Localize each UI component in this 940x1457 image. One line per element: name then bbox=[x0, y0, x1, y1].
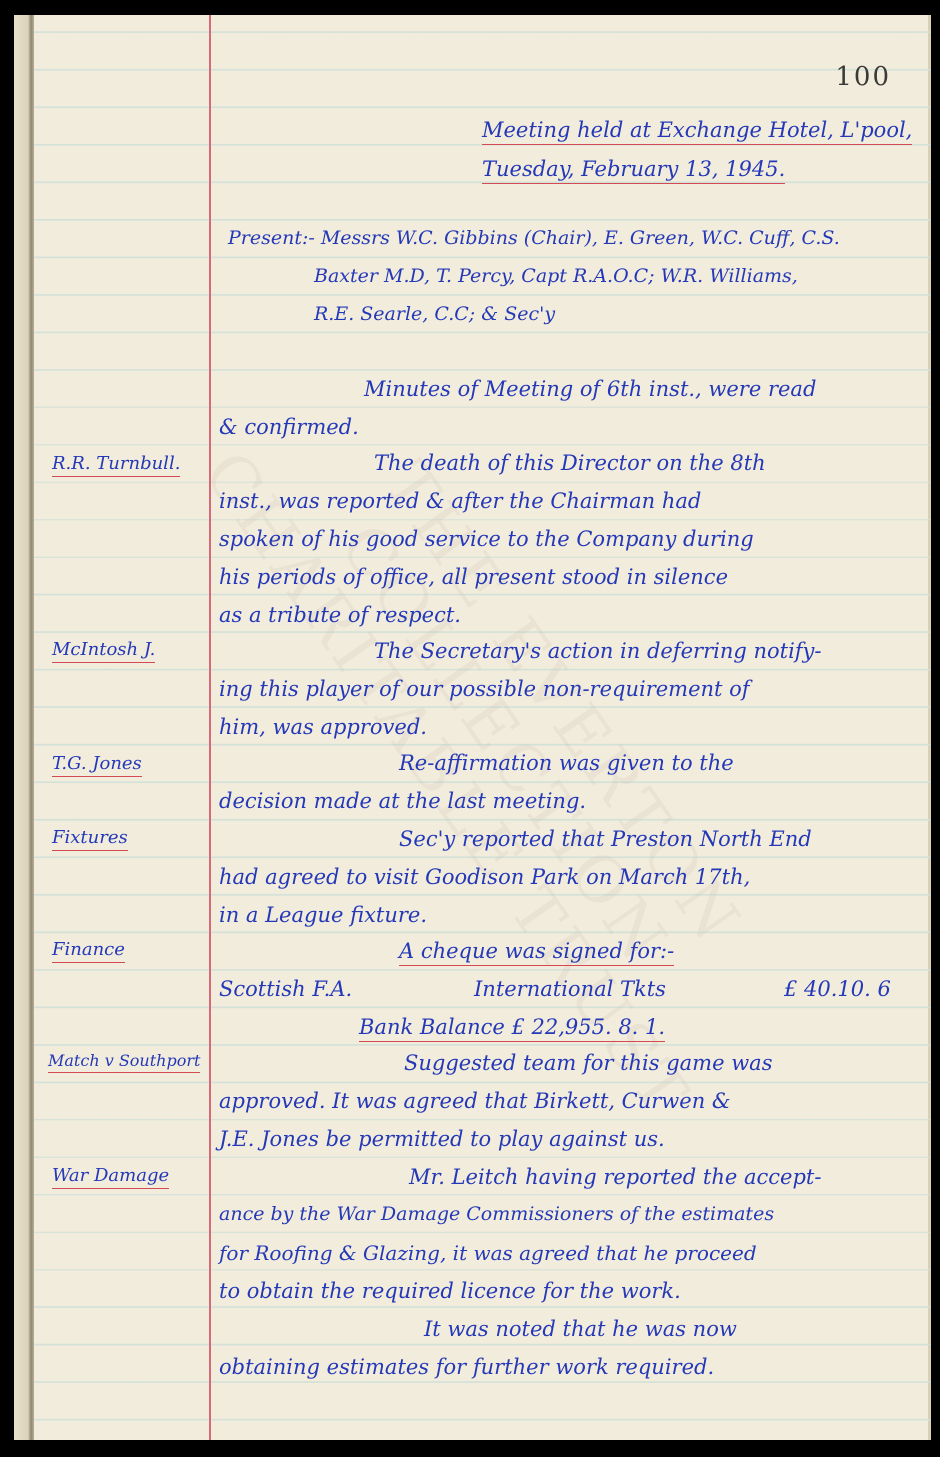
margin-note-fixtures: Fixtures bbox=[52, 827, 128, 851]
book-spine bbox=[14, 15, 34, 1440]
item-line: for Roofing & Glazing, it was agreed tha… bbox=[219, 1241, 757, 1265]
cheque-purpose: International Tkts bbox=[474, 977, 666, 1001]
item-line: J.E. Jones be permitted to play against … bbox=[219, 1127, 665, 1151]
minutes-line1: Minutes of Meeting of 6th inst., were re… bbox=[364, 377, 816, 401]
present-line1: Present:- Messrs W.C. Gibbins (Chair), E… bbox=[228, 227, 840, 249]
item-line: Mr. Leitch having reported the accept- bbox=[409, 1165, 821, 1189]
item-line: his periods of office, all present stood… bbox=[219, 565, 728, 589]
item-line: The Secretary's action in deferring noti… bbox=[374, 639, 822, 663]
item-line: spoken of his good service to the Compan… bbox=[219, 527, 754, 551]
bank-balance: Bank Balance £ 22,955. 8. 1. bbox=[359, 1015, 665, 1042]
item-line: obtaining estimates for further work req… bbox=[219, 1355, 714, 1379]
item-line: him, was approved. bbox=[219, 715, 427, 739]
minutes-line2: & confirmed. bbox=[219, 415, 359, 439]
item-line: Re-affirmation was given to the bbox=[399, 751, 734, 775]
margin-note-finance: Finance bbox=[52, 939, 125, 963]
margin-note-turnbull: R.R. Turnbull. bbox=[52, 453, 180, 477]
item-line: had agreed to visit Goodison Park on Mar… bbox=[219, 865, 750, 889]
item-line: to obtain the required licence for the w… bbox=[219, 1279, 681, 1303]
item-line: It was noted that he was now bbox=[424, 1317, 737, 1341]
item-line: ing this player of our possible non-requ… bbox=[219, 677, 750, 701]
page-number: 100 bbox=[835, 62, 891, 92]
meeting-heading-line2: Tuesday, February 13, 1945. bbox=[482, 157, 785, 184]
item-line: Sec'y reported that Preston North End bbox=[399, 827, 812, 851]
item-line: in a League fixture. bbox=[219, 903, 427, 927]
margin-note-mcintosh: McIntosh J. bbox=[52, 639, 155, 663]
margin-rule bbox=[209, 15, 211, 1440]
present-line3: R.E. Searle, C.C; & Sec'y bbox=[314, 303, 555, 325]
margin-note-war-damage: War Damage bbox=[52, 1165, 169, 1189]
present-line2: Baxter M.D, T. Percy, Capt R.A.O.C; W.R.… bbox=[314, 265, 798, 287]
item-line: approved. It was agreed that Birkett, Cu… bbox=[219, 1089, 731, 1113]
item-line: The death of this Director on the 8th bbox=[374, 451, 766, 475]
meeting-heading-line1: Meeting held at Exchange Hotel, L'pool, bbox=[482, 118, 912, 145]
item-line: A cheque was signed for:- bbox=[399, 939, 674, 966]
ledger-page: THE EVERTON COLLECTION CHARITABLE TRUST … bbox=[14, 15, 931, 1440]
cheque-payee: Scottish F.A. bbox=[219, 977, 352, 1001]
margin-note-tg-jones: T.G. Jones bbox=[52, 753, 142, 777]
item-line: decision made at the last meeting. bbox=[219, 789, 586, 813]
item-line: Suggested team for this game was bbox=[404, 1051, 772, 1075]
item-line: inst., was reported & after the Chairman… bbox=[219, 489, 701, 513]
cheque-amount: £ 40.10. 6 bbox=[784, 977, 891, 1001]
item-line: ance by the War Damage Commissioners of … bbox=[219, 1203, 774, 1225]
margin-note-match-southport: Match v Southport bbox=[48, 1051, 200, 1073]
item-line: as a tribute of respect. bbox=[219, 603, 461, 627]
